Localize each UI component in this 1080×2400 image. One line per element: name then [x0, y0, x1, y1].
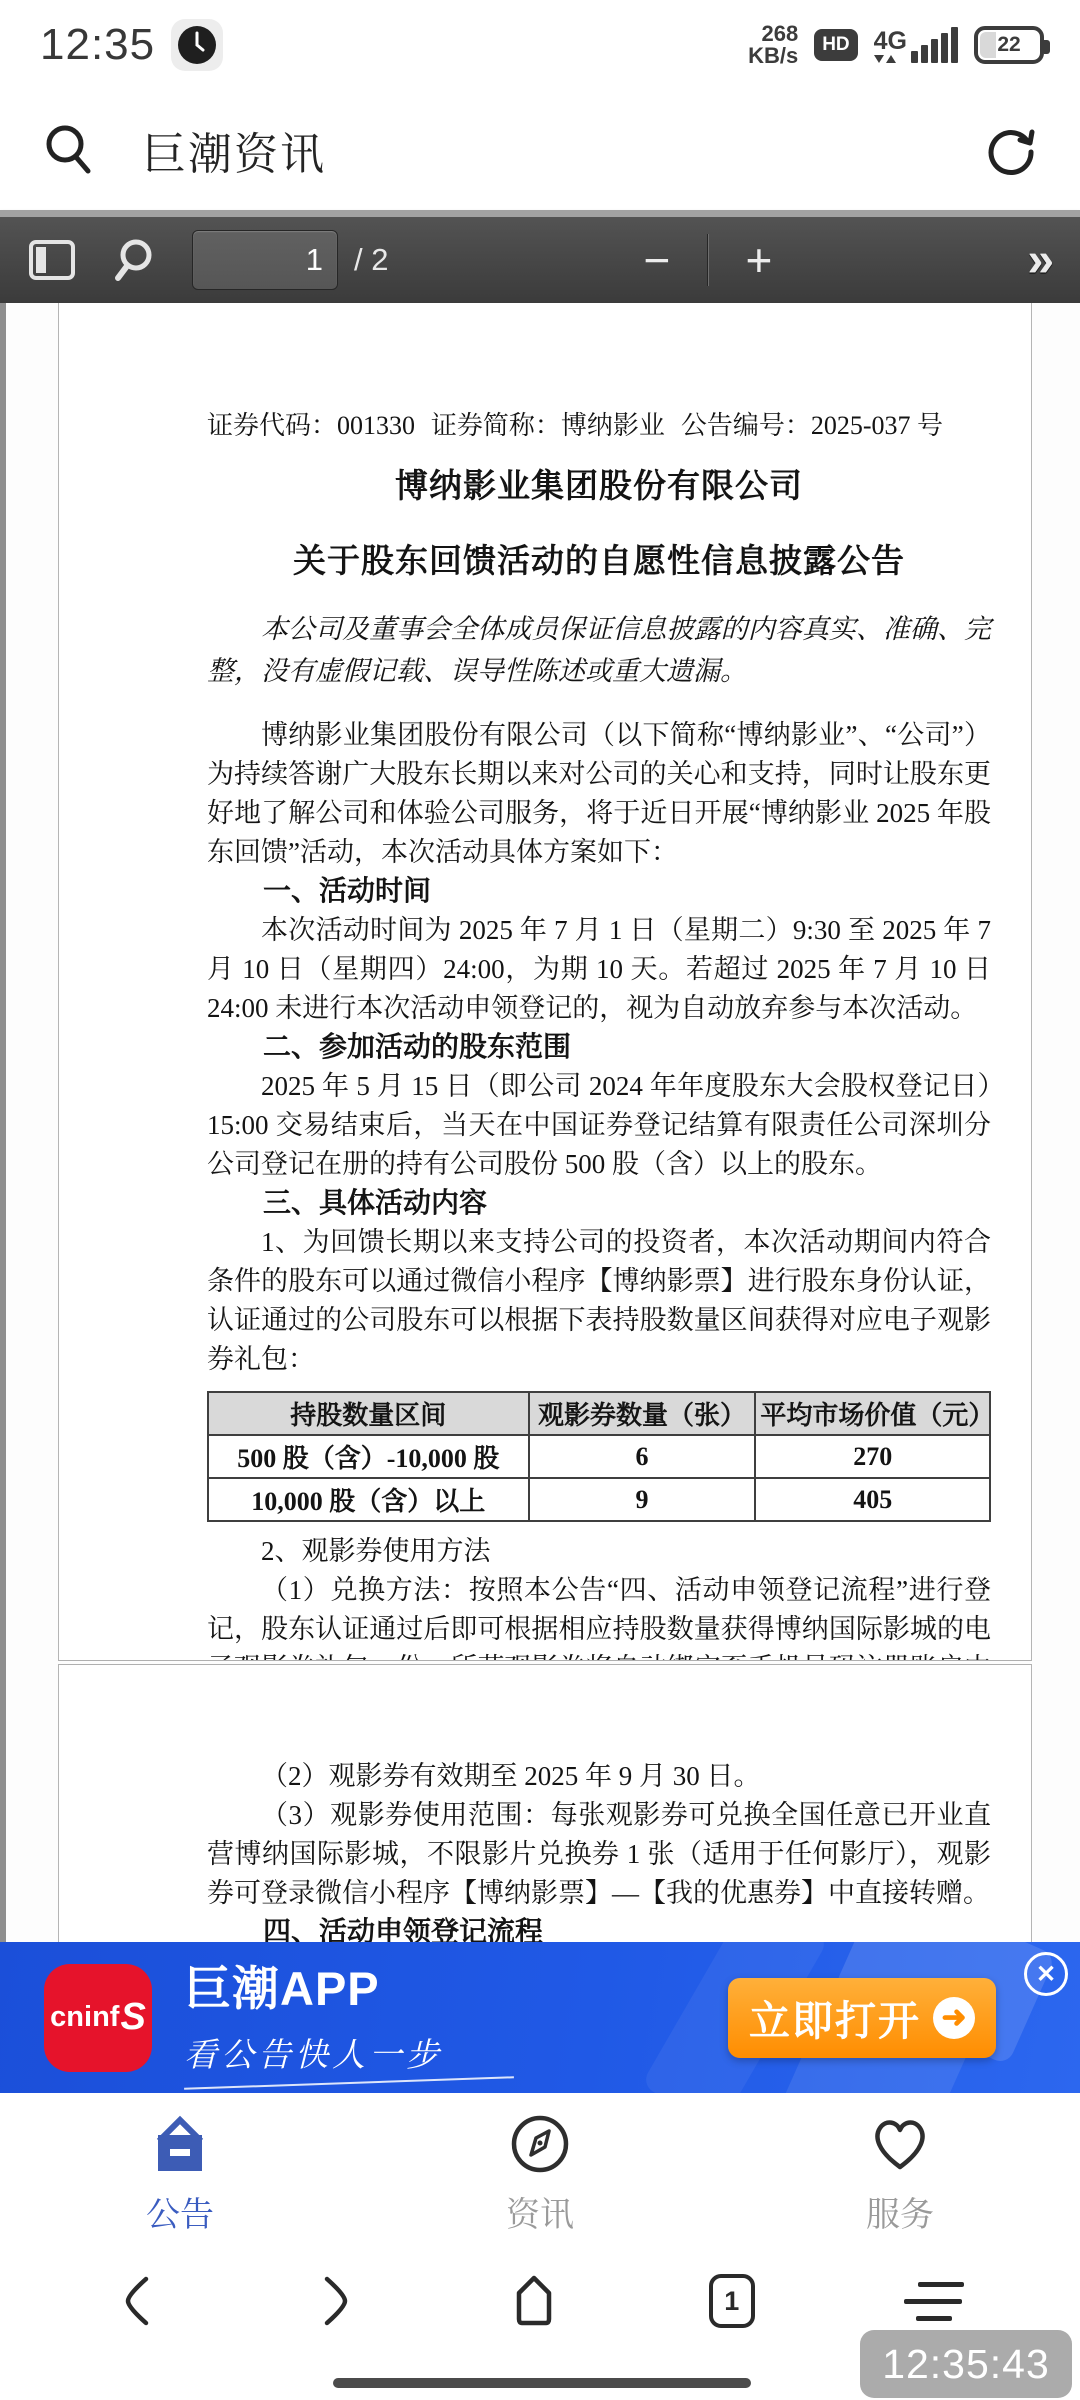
logo-s-glyph: S [120, 1996, 145, 2039]
floating-clock-time: 12:35:43 [882, 2341, 1050, 2388]
status-bar: 12:35 268 KB/s HD 4G [0, 0, 1080, 90]
table-cell: 10,000 股（含）以上 [208, 1478, 529, 1521]
tab-count-button[interactable]: 1 [709, 2274, 755, 2328]
browser-nav-bar: 1 12:35:43 [0, 2256, 1080, 2400]
banner-app-name: 巨潮APP [184, 1952, 514, 2019]
menu-icon[interactable] [904, 2282, 966, 2321]
app-header: 巨潮资讯 [0, 90, 1080, 210]
table-header-cell: 平均市场价值（元） [755, 1392, 990, 1435]
table-cell: 270 [755, 1435, 990, 1478]
tab-bar: 公告 资讯 服务 [0, 2093, 1080, 2256]
voucher-table: 持股数量区间 观影券数量（张） 平均市场价值（元） 500 股（含）-10,00… [207, 1391, 991, 1522]
toolbar-more-icon[interactable]: » [1027, 233, 1054, 288]
section3-item1: 1、为回馈长期以来支持公司的投资者，本次活动期间内符合条件的股东可以通过微信小程… [207, 1223, 991, 1379]
table-header-cell: 持股数量区间 [208, 1392, 529, 1435]
sidebar-toggle-icon[interactable] [20, 228, 84, 292]
section1-body: 本次活动时间为 2025 年 7 月 1 日（星期二）9:30 至 2025 年… [207, 911, 991, 1028]
section1-heading: 一、活动时间 [207, 872, 991, 911]
cninfo-logo: cninfS [44, 1964, 152, 2072]
section3-heading: 三、具体活动内容 [207, 1184, 991, 1223]
table-header-cell: 观影券数量（张） [529, 1392, 756, 1435]
signal-bars-icon [911, 27, 958, 63]
zoom-out-button[interactable]: − [625, 228, 689, 292]
document-subtitle: 关于股东回馈活动的自愿性信息披露公告 [207, 535, 991, 582]
page-total: / 2 [354, 242, 388, 278]
refresh-icon[interactable] [984, 122, 1040, 178]
compass-icon [509, 2113, 571, 2175]
table-cell: 500 股（含）-10,000 股 [208, 1435, 529, 1478]
pdf-page-1: 证券代码：001330 证券简称：博纳影业 公告编号：2025-037 号 博纳… [58, 303, 1032, 1661]
pdf-viewport[interactable]: 证券代码：001330 证券简称：博纳影业 公告编号：2025-037 号 博纳… [0, 303, 1080, 2093]
document-meta-row: 证券代码：001330 证券简称：博纳影业 公告编号：2025-037 号 [207, 405, 991, 442]
section3-item2-1: （1）兑换方法：按照本公告“四、活动申领登记流程”进行登记，股东认证通过后即可根… [207, 1571, 991, 1661]
app-download-banner[interactable]: cninfS 巨潮APP 看公告快人一步 立即打开 ➜ ✕ [0, 1942, 1080, 2093]
status-time: 12:35 [40, 20, 155, 70]
intro-paragraph: 博纳影业集团股份有限公司（以下简称“博纳影业”、“公司”）为持续答谢广大股东长期… [207, 716, 991, 872]
network-speed: 268 KB/s [748, 23, 798, 67]
search-icon[interactable] [40, 121, 98, 179]
section3-item2: 2、观影券使用方法 [207, 1532, 991, 1571]
pdf-toolbar: / 2 − + » [0, 210, 1080, 303]
clock-app-icon [171, 19, 223, 71]
table-row: 10,000 股（含）以上 9 405 [208, 1478, 990, 1521]
announcement-number: 公告编号：2025-037 号 [681, 405, 943, 442]
page-title: 巨潮资讯 [142, 118, 326, 182]
page2-item2-3: （3）观影券使用范围：每张观影券可兑换全国任意已开业直营博纳国际影城，不限影片兑… [207, 1796, 991, 1913]
banner-close-icon[interactable]: ✕ [1024, 1952, 1068, 1996]
arrow-right-icon: ➜ [933, 1997, 975, 2039]
security-code: 证券代码：001330 [207, 405, 415, 442]
section2-body: 2025 年 5 月 15 日（即公司 2024 年年度股东大会股权登记日）15… [207, 1067, 991, 1184]
open-app-button[interactable]: 立即打开 ➜ [728, 1978, 996, 2058]
document-title: 博纳影业集团股份有限公司 [207, 460, 991, 507]
phone-screen: 12:35 268 KB/s HD 4G [0, 0, 1080, 2400]
floating-clock: 12:35:43 [860, 2330, 1072, 2398]
page-number-input[interactable] [192, 230, 338, 290]
toolbar-divider [707, 234, 709, 286]
forward-icon[interactable] [311, 2271, 359, 2331]
table-cell: 405 [755, 1478, 990, 1521]
table-header-row: 持股数量区间 观影券数量（张） 平均市场价值（元） [208, 1392, 990, 1435]
home-icon[interactable] [508, 2271, 560, 2331]
find-icon[interactable] [102, 228, 166, 292]
table-row: 500 股（含）-10,000 股 6 270 [208, 1435, 990, 1478]
tab-services[interactable]: 服务 [800, 2113, 1000, 2236]
back-icon[interactable] [114, 2271, 162, 2331]
battery-percent: 22 [997, 33, 1020, 57]
zoom-in-button[interactable]: + [727, 228, 791, 292]
page2-item2-2: （2）观影券有效期至 2025 年 9 月 30 日。 [207, 1757, 991, 1796]
announcement-icon [147, 2113, 213, 2175]
hd-badge: HD [814, 29, 857, 61]
heart-icon [868, 2113, 932, 2175]
tab-announcements[interactable]: 公告 [80, 2113, 280, 2236]
tab-news[interactable]: 资讯 [440, 2113, 640, 2236]
viewer-gutter [0, 303, 6, 2093]
tab-label: 公告 [146, 2187, 214, 2236]
home-indicator[interactable] [333, 2378, 751, 2388]
disclaimer-paragraph: 本公司及董事会全体成员保证信息披露的内容真实、准确、完整，没有虚假记载、误导性陈… [207, 608, 991, 692]
table-cell: 9 [529, 1478, 756, 1521]
section2-heading: 二、参加活动的股东范围 [207, 1028, 991, 1067]
table-cell: 6 [529, 1435, 756, 1478]
tab-label: 服务 [866, 2187, 934, 2236]
security-abbr: 证券简称：博纳影业 [431, 405, 665, 442]
battery-icon: 22 [974, 26, 1044, 64]
tab-label: 资讯 [506, 2187, 574, 2236]
network-type: 4G [874, 29, 907, 53]
signal-icon: 4G [874, 27, 958, 63]
banner-slogan: 看公告快人一步 [184, 2029, 514, 2084]
